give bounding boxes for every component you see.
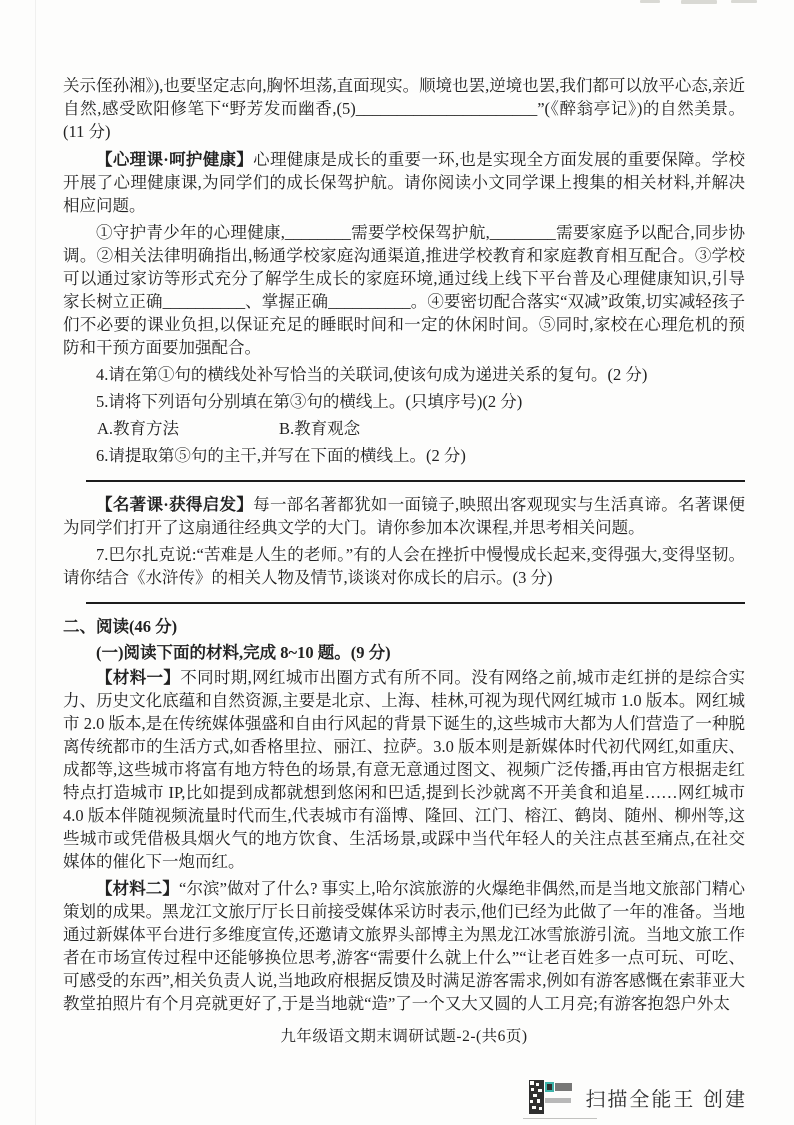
paragraph-material-1: 【材料一】不同时期,网红城市出圈方式有所不同。没有网络之前,城市走红拼的是综合实… — [63, 666, 745, 873]
paragraph-intro: 关示侄孙湘》),也要坚定志向,胸怀坦荡,直面现实。顺境也罢,逆境也罢,我们都可以… — [63, 74, 745, 143]
paragraph-text: “尔滨”做对了什么? 事实上,哈尔滨旅游的火爆绝非偶然,而是当地文旅部门精心策划… — [63, 879, 745, 1013]
question-6: 6.请提取第⑤句的主干,并写在下面的横线上。(2 分) — [63, 444, 745, 467]
watermark-underline — [523, 1118, 597, 1119]
paragraph-psych-lesson: 【心理课·呵护健康】心理健康是成长的重要一环,也是实现全方面发展的重要保障。学校… — [63, 148, 745, 217]
options-row: A.教育方法B.教育观念 — [63, 417, 745, 440]
paragraph-classics-lesson: 【名著课·获得启发】每一部名著都犹如一面镜子,映照出客观现实与生活真谛。名著课便… — [63, 493, 745, 539]
option-b: B.教育观念 — [279, 419, 360, 438]
paragraph-lead: 【材料二】 — [96, 879, 179, 898]
question-text: 6.请提取第⑤句的主干,并写在下面的横线上。(2 分) — [96, 446, 466, 465]
subsection-heading: (一)阅读下面的材料,完成 8~10 题。(9 分) — [63, 641, 745, 664]
scan-artifact — [731, 0, 757, 3]
paragraph-text: 不同时期,网红城市出圈方式有所不同。没有网络之前,城市走红拼的是综合实力、历史文… — [63, 668, 745, 871]
question-text: 5.请将下列语句分别填在第③句的横线上。(只填序号)(2 分) — [96, 392, 522, 411]
watermark-label: 扫描全能王 创建 — [585, 1083, 747, 1112]
paragraph-text: ①守护青少年的心理健康,________需要学校保驾护航,________需要家… — [63, 223, 745, 357]
heading-text: 二、阅读(46 分) — [63, 617, 177, 636]
camscanner-watermark: 扫描全能王 创建 — [529, 1080, 747, 1114]
page-footer: 九年级语文期末调研试题-2-(共6页) — [63, 1025, 745, 1048]
section-divider — [86, 602, 745, 604]
paragraph-lead: 【名著课·获得启发】 — [96, 495, 253, 514]
question-5: 5.请将下列语句分别填在第③句的横线上。(只填序号)(2 分) — [63, 390, 745, 413]
paragraph-lead: 【心理课·呵护健康】 — [96, 150, 253, 169]
paragraph-material-2: 【材料二】“尔滨”做对了什么? 事实上,哈尔滨旅游的火爆绝非偶然,而是当地文旅部… — [63, 877, 745, 1015]
paragraph-numbered-sentences: ①守护青少年的心理健康,________需要学校保驾护航,________需要家… — [63, 221, 745, 359]
heading-text: (一)阅读下面的材料,完成 8~10 题。(9 分) — [96, 643, 391, 662]
scan-artifact — [640, 0, 660, 3]
question-7: 7.巴尔扎克说:“苦难是人生的老师。”有的人会在挫折中慢慢成长起来,变得强大,变… — [63, 543, 745, 589]
scan-edge-line — [35, 0, 36, 1125]
camscanner-logo-icon — [529, 1080, 573, 1114]
section-heading-reading: 二、阅读(46 分) — [63, 615, 745, 638]
scan-artifact — [681, 0, 717, 4]
paragraph-lead: 【材料一】 — [96, 668, 180, 687]
option-a: A.教育方法 — [97, 419, 179, 438]
question-4: 4.请在第①句的横线处补写恰当的关联词,使该句成为递进关系的复句。(2 分) — [63, 363, 745, 386]
question-text: 7.巴尔扎克说:“苦难是人生的老师。”有的人会在挫折中慢慢成长起来,变得强大,变… — [63, 545, 745, 587]
footer-text: 九年级语文期末调研试题-2-(共6页) — [280, 1028, 527, 1045]
question-text: 4.请在第①句的横线处补写恰当的关联词,使该句成为递进关系的复句。(2 分) — [96, 365, 647, 384]
paragraph-text: 关示侄孙湘》),也要坚定志向,胸怀坦荡,直面现实。顺境也罢,逆境也罢,我们都可以… — [63, 76, 745, 141]
page-content: 关示侄孙湘》),也要坚定志向,胸怀坦荡,直面现实。顺境也罢,逆境也罢,我们都可以… — [63, 74, 745, 1048]
section-divider — [86, 480, 745, 482]
scanned-exam-page: 关示侄孙湘》),也要坚定志向,胸怀坦荡,直面现实。顺境也罢,逆境也罢,我们都可以… — [0, 0, 794, 1125]
